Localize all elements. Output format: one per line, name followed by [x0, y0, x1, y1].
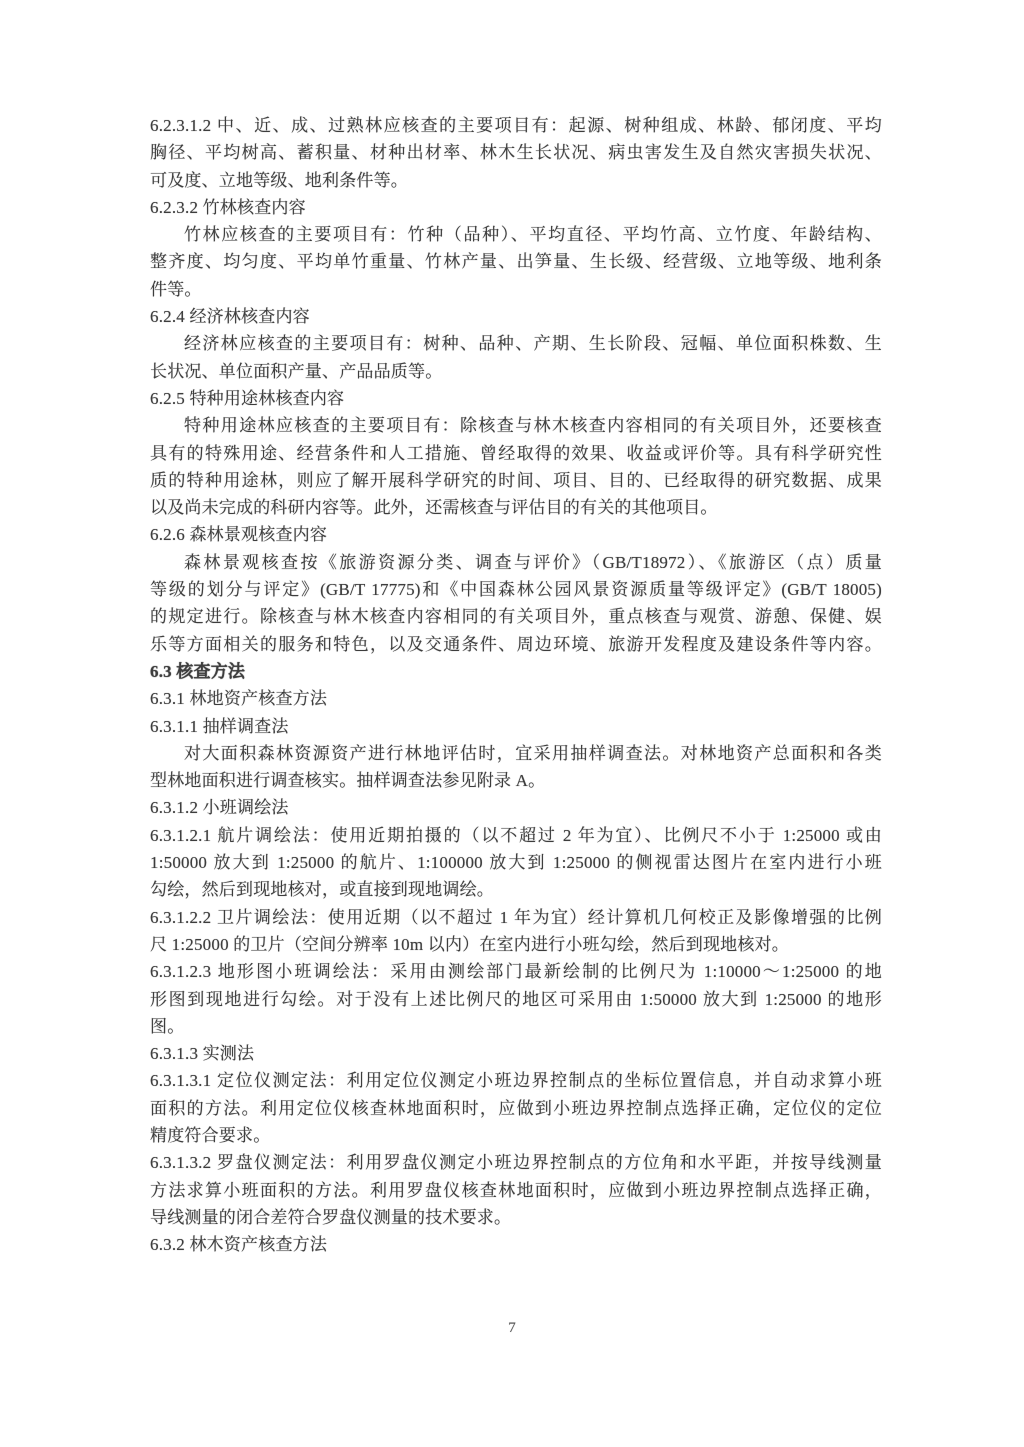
body-text-line: 的规定进行。除核查与林木核查内容相同的有关项目外，重点核查与观赏、游憩、保健、娱: [150, 603, 882, 630]
body-text-line: 件等。: [150, 276, 882, 303]
body-text-line: 导线测量的闭合差符合罗盘仪测量的技术要求。: [150, 1204, 882, 1231]
body-text-line: 型林地面积进行调查核实。抽样调查法参见附录 A。: [150, 767, 882, 794]
body-text-line: 经济林应核查的主要项目有：树种、品种、产期、生长阶段、冠幅、单位面积株数、生: [150, 330, 882, 357]
page-number: 7: [0, 1320, 1024, 1337]
body-text-line: 1:50000 放大到 1:25000 的航片、1:100000 放大到 1:2…: [150, 849, 882, 876]
clause-heading-line: 6.3.1.2 小班调绘法: [150, 794, 882, 821]
document-page: 6.2.3.1.2 中、近、成、过熟林应核查的主要项目有：起源、树种组成、林龄、…: [0, 0, 1024, 1447]
body-text-line: 6.3.1.3.1 定位仪测定法：利用定位仪测定小班边界控制点的坐标位置信息，并…: [150, 1067, 882, 1094]
body-text-line: 面积的方法。利用定位仪核查林地面积时，应做到小班边界控制点选择正确，定位仪的定位: [150, 1095, 882, 1122]
body-text-line: 以及尚未完成的科研内容等。此外，还需核查与评估目的有关的其他项目。: [150, 494, 882, 521]
body-text-line: 特种用途林应核查的主要项目有：除核查与林木核查内容相同的有关项目外，还要核查: [150, 412, 882, 439]
clause-heading-line: 6.2.3.2 竹林核查内容: [150, 194, 882, 221]
body-text-line: 等级的划分与评定》(GB/T 17775)和《中国森林公园风景资源质量等级评定》…: [150, 576, 882, 603]
body-text-line: 可及度、立地等级、地利条件等。: [150, 167, 882, 194]
body-text-line: 长状况、单位面积产量、产品品质等。: [150, 358, 882, 385]
body-text-line: 6.3.1.3.2 罗盘仪测定法：利用罗盘仪测定小班边界控制点的方位角和水平距，…: [150, 1149, 882, 1176]
body-text-line: 图。: [150, 1013, 882, 1040]
clause-heading-line: 6.3.1.3 实测法: [150, 1040, 882, 1067]
body-text-line: 形图到现地进行勾绘。对于没有上述比例尺的地区可采用由 1:50000 放大到 1…: [150, 986, 882, 1013]
document-text-block: 6.2.3.1.2 中、近、成、过熟林应核查的主要项目有：起源、树种组成、林龄、…: [150, 112, 882, 1258]
body-text-line: 具有的特殊用途、经营条件和人工措施、曾经取得的效果、收益或评价等。具有科学研究性: [150, 440, 882, 467]
body-text-line: 对大面积森林资源资产进行林地评估时，宜采用抽样调查法。对林地资产总面积和各类: [150, 740, 882, 767]
body-text-line: 整齐度、均匀度、平均单竹重量、竹林产量、出笋量、生长级、经营级、立地等级、地利条: [150, 248, 882, 275]
body-text-line: 勾绘，然后到现地核对，或直接到现地调绘。: [150, 876, 882, 903]
body-text-line: 6.3.1.2.2 卫片调绘法：使用近期（以不超过 1 年为宜）经计算机几何校正…: [150, 904, 882, 931]
body-text-line: 竹林应核查的主要项目有：竹种（品种）、平均直径、平均竹高、立竹度、年龄结构、: [150, 221, 882, 248]
body-text-line: 乐等方面相关的服务和特色，以及交通条件、周边环境、旅游开发程度及建设条件等内容。: [150, 631, 882, 658]
body-text-line: 6.2.3.1.2 中、近、成、过熟林应核查的主要项目有：起源、树种组成、林龄、…: [150, 112, 882, 139]
clause-heading-line: 6.2.6 森林景观核查内容: [150, 521, 882, 548]
clause-heading-line: 6.3 核查方法: [150, 658, 882, 685]
body-text-line: 6.3.1.2.1 航片调绘法：使用近期拍摄的（以不超过 2 年为宜）、比例尺不…: [150, 822, 882, 849]
clause-heading-line: 6.2.4 经济林核查内容: [150, 303, 882, 330]
body-text-line: 质的特种用途林，则应了解开展科学研究的时间、项目、目的、已经取得的研究数据、成果: [150, 467, 882, 494]
body-text-line: 方法求算小班面积的方法。利用罗盘仪核查林地面积时，应做到小班边界控制点选择正确，: [150, 1177, 882, 1204]
body-text-line: 森林景观核查按《旅游资源分类、调查与评价》（GB/T18972）、《旅游区（点）…: [150, 549, 882, 576]
clause-heading-line: 6.3.2 林木资产核查方法: [150, 1231, 882, 1258]
body-text-line: 胸径、平均树高、蓄积量、材种出材率、林木生长状况、病虫害发生及自然灾害损失状况、: [150, 139, 882, 166]
body-text-line: 尺 1:25000 的卫片（空间分辨率 10m 以内）在室内进行小班勾绘，然后到…: [150, 931, 882, 958]
body-text-line: 6.3.1.2.3 地形图小班调绘法：采用由测绘部门最新绘制的比例尺为 1:10…: [150, 958, 882, 985]
clause-heading-line: 6.3.1.1 抽样调查法: [150, 713, 882, 740]
clause-heading-line: 6.2.5 特种用途林核查内容: [150, 385, 882, 412]
body-text-line: 精度符合要求。: [150, 1122, 882, 1149]
clause-heading-line: 6.3.1 林地资产核查方法: [150, 685, 882, 712]
